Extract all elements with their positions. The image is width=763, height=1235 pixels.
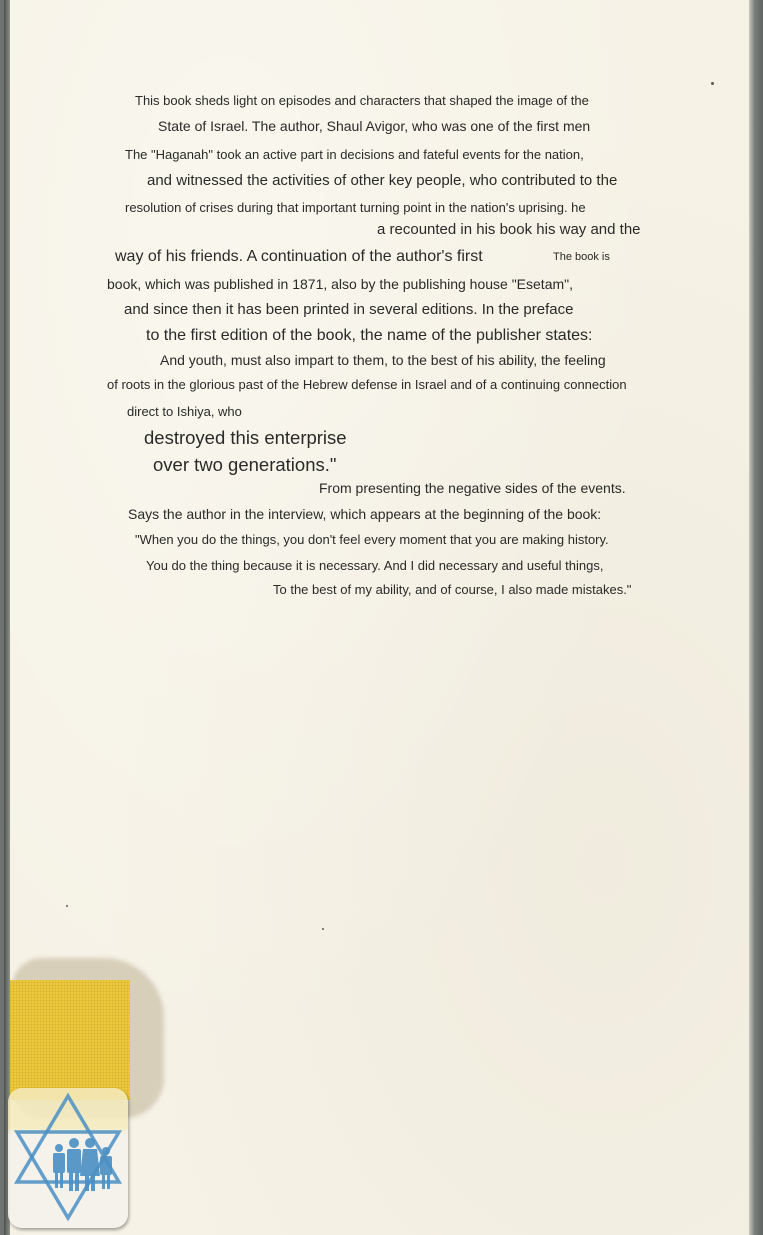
blurb-line: You do the thing because it is necessary… — [146, 559, 603, 572]
blurb-line: way of his friends. A continuation of th… — [115, 249, 483, 265]
blurb-line: and since then it has been printed in se… — [124, 302, 573, 317]
paper-speck — [66, 905, 68, 907]
paper-speck — [322, 928, 324, 930]
blurb-line: and witnessed the activities of other ke… — [147, 173, 617, 188]
blurb-line: direct to Ishiya, who — [127, 405, 242, 418]
star-of-david-family-icon — [8, 1088, 128, 1228]
book-back-cover: This book sheds light on episodes and ch… — [4, 0, 751, 1235]
blurb-line: From presenting the negative sides of th… — [319, 481, 626, 495]
blurb-line: a recounted in his book his way and the — [377, 222, 641, 237]
blurb-line: State of Israel. The author, Shaul Avigo… — [158, 119, 590, 133]
blurb-line: to the first edition of the book, the na… — [146, 328, 593, 344]
blurb-line: resolution of crises during that importa… — [125, 201, 586, 214]
blurb-line: And youth, must also impart to them, to … — [160, 353, 606, 367]
blurb-line: The book is — [553, 252, 610, 263]
watermark-logo — [8, 1088, 128, 1228]
cover-right-edge — [749, 0, 763, 1235]
blurb-line: book, which was published in 1871, also … — [107, 277, 573, 291]
blurb-line: of roots in the glorious past of the Heb… — [107, 378, 627, 391]
blurb-line: This book sheds light on episodes and ch… — [135, 94, 589, 107]
blurb-line: The "Haganah" took an active part in dec… — [125, 148, 584, 161]
paper-speck — [711, 82, 714, 85]
blurb-line: To the best of my ability, and of course… — [273, 583, 631, 596]
library-sticker — [10, 980, 130, 1100]
blurb-line: Says the author in the interview, which … — [128, 507, 601, 521]
blurb-line: destroyed this enterprise — [144, 429, 347, 448]
blurb-line: over two generations." — [153, 456, 336, 475]
blurb-line: "When you do the things, you don't feel … — [135, 533, 609, 546]
